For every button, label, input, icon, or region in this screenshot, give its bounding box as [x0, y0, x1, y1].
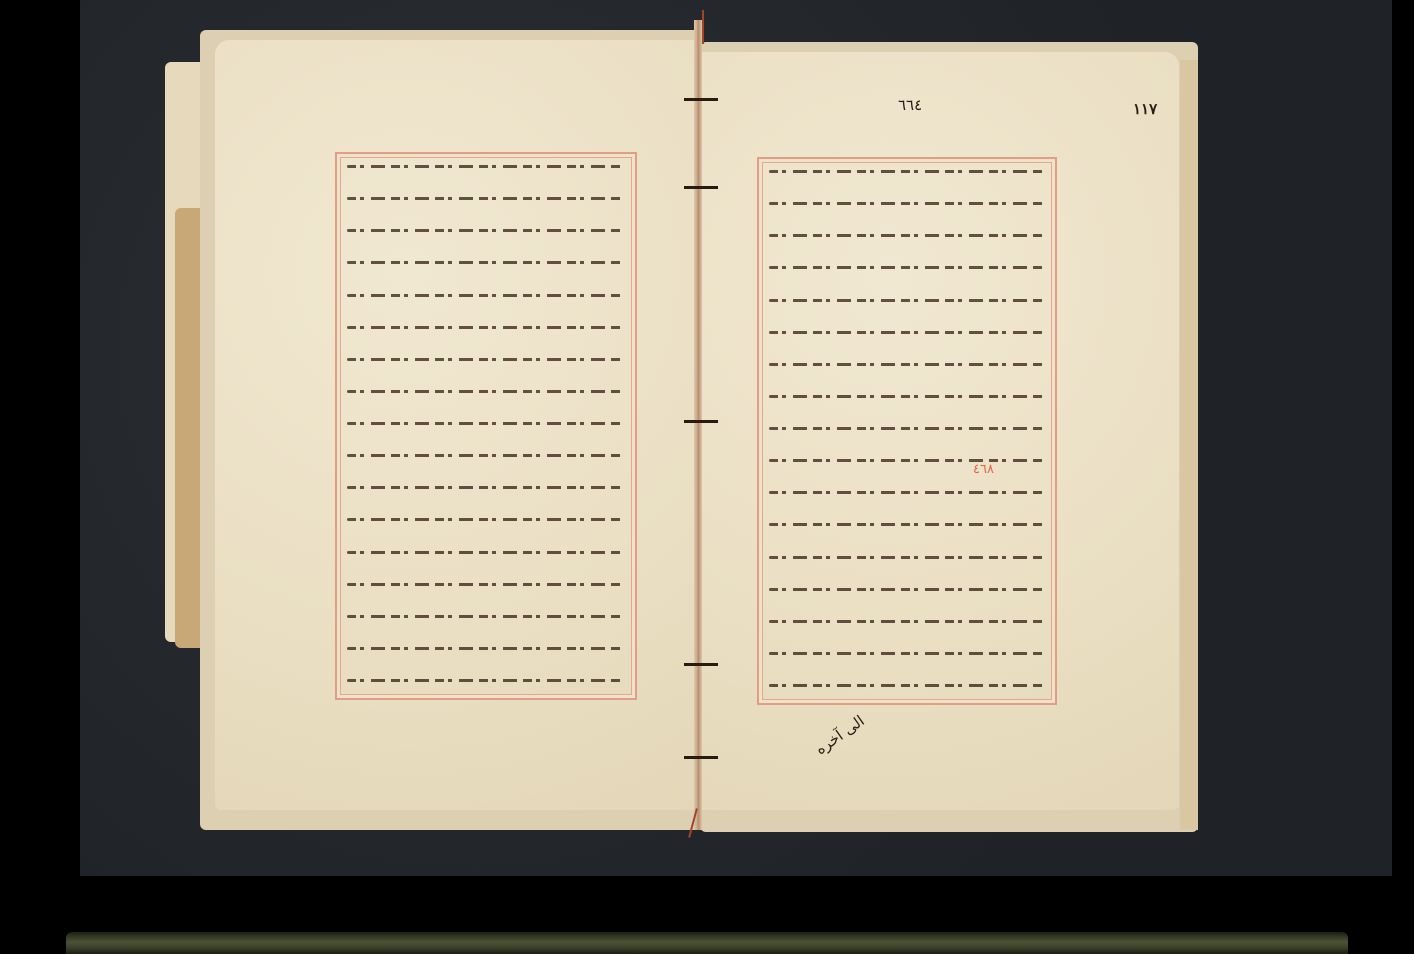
stitch — [684, 420, 718, 423]
stitch — [684, 98, 718, 101]
stitch — [684, 186, 718, 189]
binding-thread-top — [702, 10, 704, 44]
left-text-block — [345, 160, 625, 690]
right-text-block — [767, 165, 1045, 695]
corner-folio-number: ١١٧ — [1133, 100, 1157, 118]
lightbox-edge — [66, 932, 1348, 954]
stitch — [684, 756, 718, 759]
rubric-mark: ٤٦٨ — [973, 462, 994, 477]
right-page-edges — [1180, 60, 1198, 830]
folio-number: ٦٦٤ — [898, 96, 922, 114]
spine — [694, 20, 702, 830]
open-manuscript: ٦٦٤ ١١٧ ٤٦٨ الى آخره — [0, 0, 1414, 876]
stitch — [684, 663, 718, 666]
